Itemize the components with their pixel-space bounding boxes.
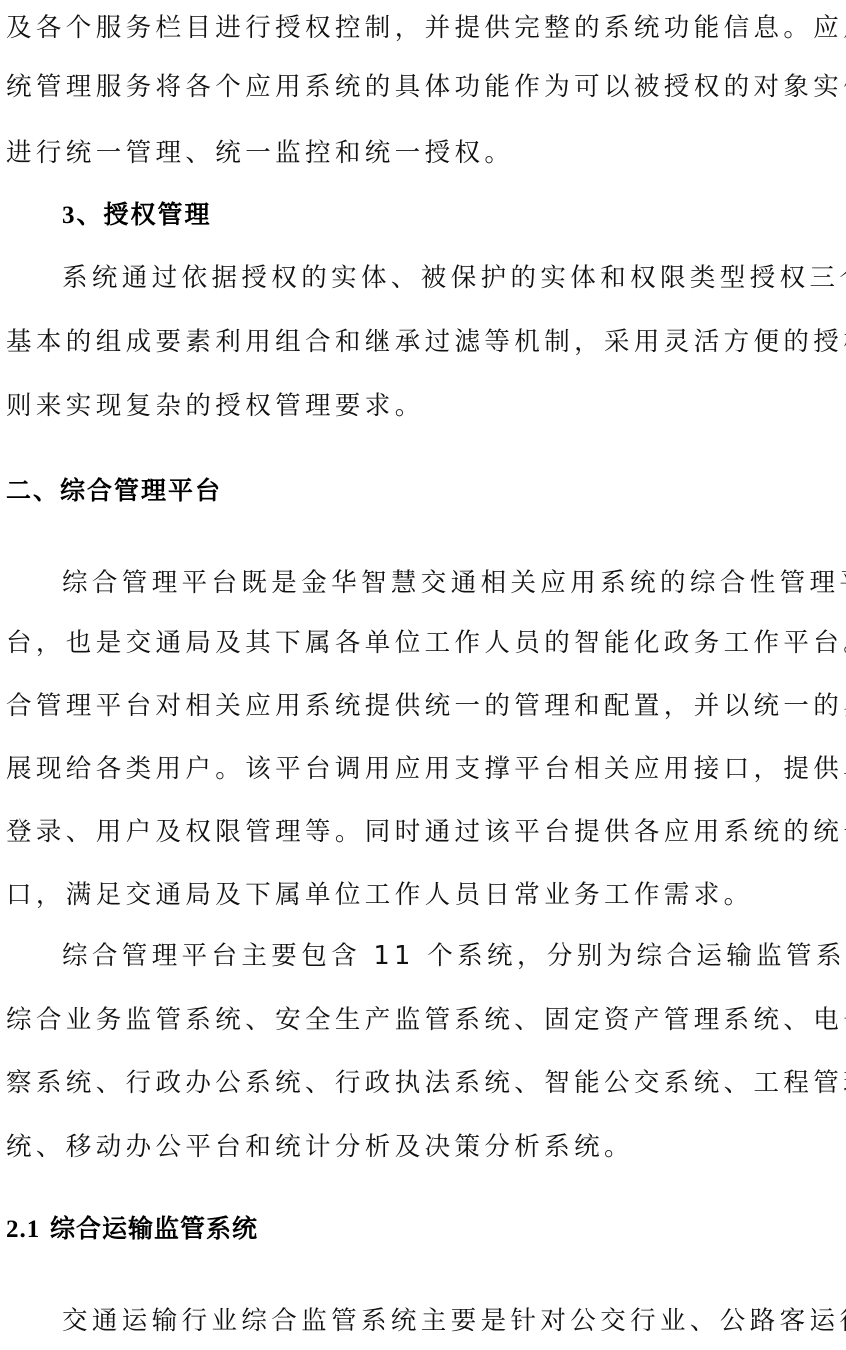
paragraph-line: 展现给各类用户。该平台调用应用支撑平台相关应用接口，提供单点 [6, 753, 846, 785]
paragraph-line: 综合业务监管系统、安全生产监管系统、固定资产管理系统、电子监 [6, 1004, 846, 1036]
paragraph-line: 综合管理平台既是金华智慧交通相关应用系统的综合性管理平 [62, 567, 846, 599]
paragraph-line: 基本的组成要素利用组合和继承过滤等机制，采用灵活方便的授权规 [6, 326, 846, 358]
paragraph-line: 口，满足交通局及下属单位工作人员日常业务工作需求。 [6, 879, 754, 911]
paragraph-line: 交通运输行业综合监管系统主要是针对公交行业、公路客运行业、 [62, 1305, 846, 1337]
heading-number: 2.1 [6, 1216, 40, 1243]
paragraph-line: 综合管理平台主要包含 11 个系统，分别为综合运输监管系统、 [62, 940, 846, 972]
heading-number: 二、 [6, 476, 60, 505]
heading-title: 授权管理 [104, 200, 212, 229]
paragraph-line: 台，也是交通局及其下属各单位工作人员的智能化政务工作平台。综 [6, 627, 846, 659]
section-heading-integrated-platform: 二、综合管理平台 [6, 475, 222, 507]
paragraph-line: 察系统、行政办公系统、行政执法系统、智能公交系统、工程管理系 [6, 1067, 846, 1099]
heading-title: 综合管理平台 [60, 476, 222, 505]
paragraph-line: 进行统一管理、统一监控和统一授权。 [6, 137, 514, 169]
paragraph-line: 合管理平台对相关应用系统提供统一的管理和配置，并以统一的界面 [6, 690, 846, 722]
heading-title: 综合运输监管系统 [40, 1214, 258, 1243]
paragraph-line: 统管理服务将各个应用系统的具体功能作为可以被授权的对象实体 [6, 71, 846, 103]
paragraph-line: 则来实现复杂的授权管理要求。 [6, 390, 425, 422]
section-heading-transport-supervision: 2.1 综合运输监管系统 [6, 1213, 258, 1246]
heading-number: 3、 [62, 202, 104, 229]
paragraph-line: 及各个服务栏目进行授权控制，并提供完整的系统功能信息。应用系 [6, 12, 846, 44]
section-heading-authorization: 3、授权管理 [62, 199, 212, 232]
paragraph-line: 统、移动办公平台和统计分析及决策分析系统。 [6, 1131, 634, 1163]
paragraph-line: 系统通过依据授权的实体、被保护的实体和权限类型授权三个最 [62, 262, 846, 294]
paragraph-line: 登录、用户及权限管理等。同时通过该平台提供各应用系统的统一入 [6, 816, 846, 848]
